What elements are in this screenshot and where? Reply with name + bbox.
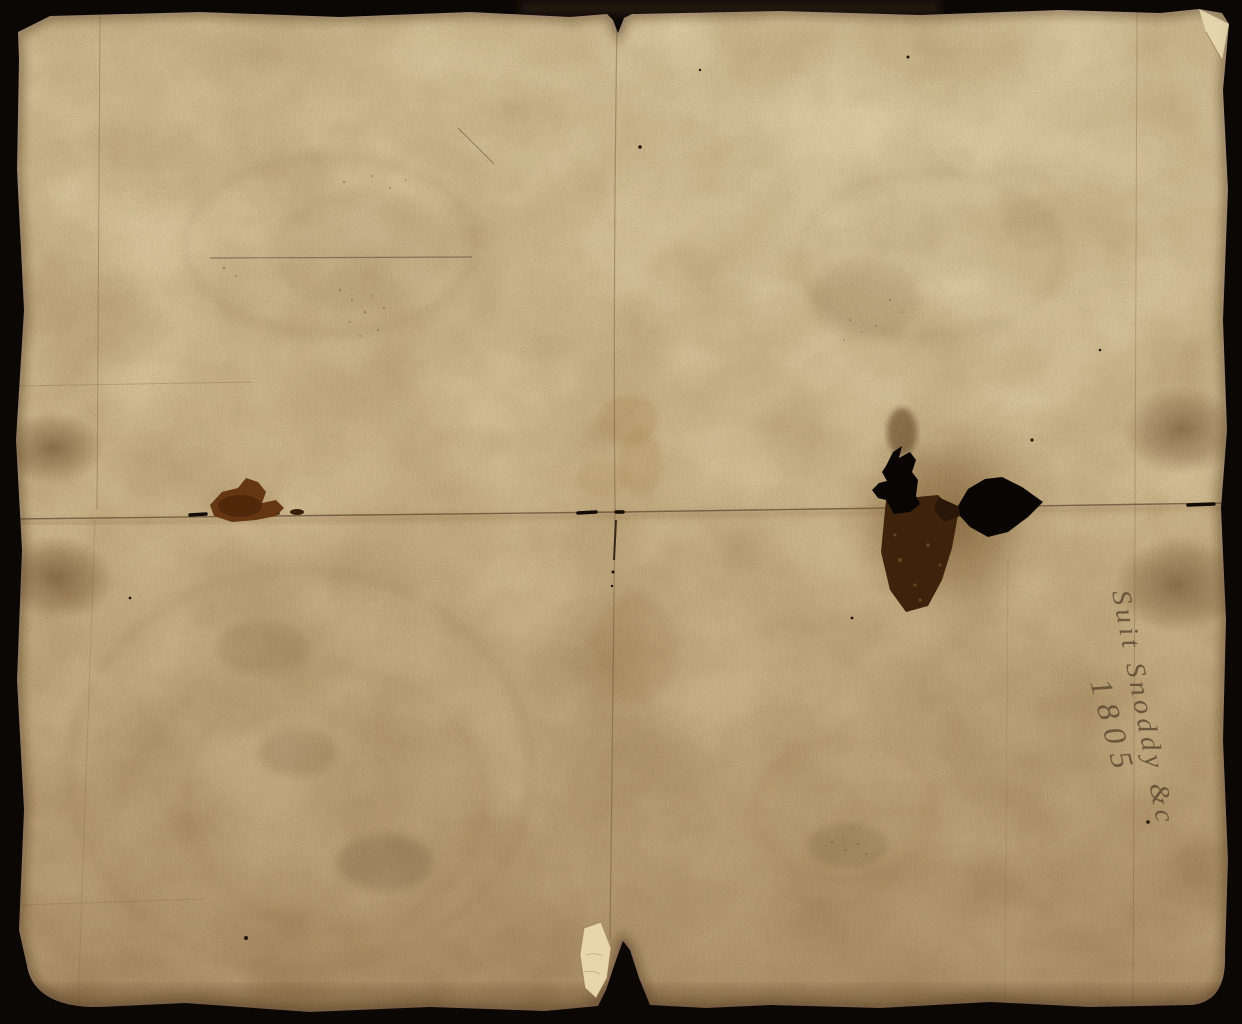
scanned-document-page: Suit Snoddy &c 1805 <box>0 0 1242 1024</box>
paper-grain <box>0 0 1242 1024</box>
paper-sheet: Suit Snoddy &c 1805 <box>0 0 1242 1024</box>
document-scan: Suit Snoddy &c 1805 <box>0 0 1242 1024</box>
